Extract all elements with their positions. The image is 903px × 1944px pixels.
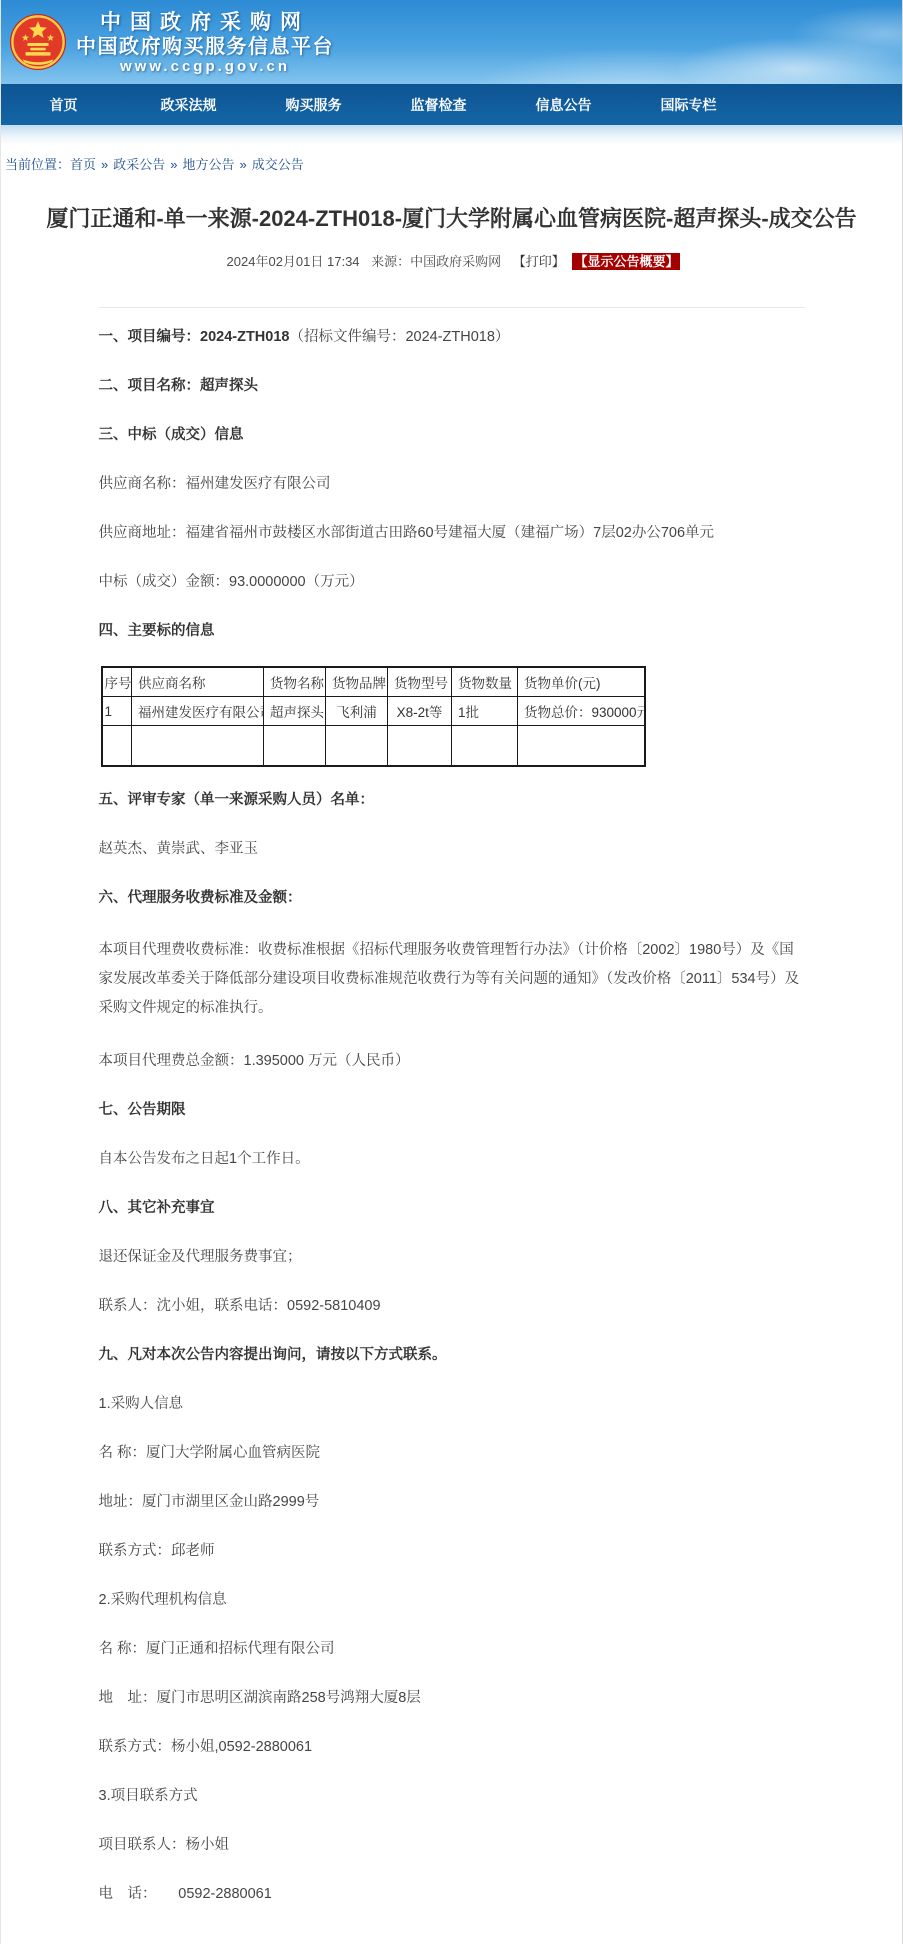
table-cell: 飞利浦 [326,697,388,726]
paragraph-bold-text: 五、评审专家（单一来源采购人员）名单： [99,792,375,808]
table-row [102,726,645,766]
table-header-cell: 货物数量 [452,667,518,697]
paragraph: 三、中标（成交）信息 [99,424,805,446]
paragraph: 地 址：厦门市思明区湖滨南路258号鸿翔大厦8层 [99,1687,805,1709]
breadcrumb-separator: » [240,157,247,172]
breadcrumb-separator: » [170,157,177,172]
paragraph: 1.采购人信息 [99,1393,805,1415]
paragraph: 退还保证金及代理服务费事宜； [99,1246,805,1268]
breadcrumb-link-procurement-notices[interactable]: 政采公告 [113,157,165,172]
main-nav-list: 首页 政采法规 购买服务 监督检查 信息公告 国际专栏 [1,84,902,125]
table-cell: X8-2t等 [388,697,452,726]
national-emblem-icon [9,13,67,71]
paragraph-text: 联系人：沈小姐，联系电话：0592-5810409 [99,1298,381,1314]
paragraph: 六、代理服务收费标准及金额： [99,887,805,909]
table-header-cell: 货物品牌 [326,667,388,697]
page-title: 厦门正通和-单一来源-2024-ZTH018-厦门大学附属心血管病医院-超声探头… [31,200,873,238]
table-header-row: 序号 供应商名称 货物名称 货物品牌 货物型号 货物数量 货物单价(元) [102,667,645,697]
site-url: www.ccgp.gov.cn [76,59,334,75]
page: 中国政府采购网 中国政府购买服务信息平台 www.ccgp.gov.cn 首页 … [0,0,903,1944]
nav-item-regulations[interactable]: 政采法规 [126,95,251,115]
paragraph: 名 称：厦门大学附属心血管病医院 [99,1442,805,1464]
paragraph-text: 中标（成交）金额：93.0000000（万元） [99,574,364,590]
paragraph-text: 自本公告发布之日起1个工作日。 [99,1151,310,1167]
paragraph-text: 3.项目联系方式 [99,1788,198,1804]
paragraph: 联系人：沈小姐，联系电话：0592-5810409 [99,1295,805,1317]
table-cell [132,726,264,766]
paragraph-text: 本项目代理费收费标准：收费标准根据《招标代理服务收费管理暂行办法》（计价格〔20… [99,942,800,1016]
paragraph: 八、其它补充事宜 [99,1197,805,1219]
paragraph: 中标（成交）金额：93.0000000（万元） [99,571,805,593]
article-meta: 2024年02月01日 17:34 来源：中国政府采购网 【打印】 【显示公告概… [1,251,902,270]
divider [99,307,805,308]
table-cell: 1 [102,697,132,726]
paragraph: 二、项目名称：超声探头 [99,375,805,397]
paragraph-text: 本项目代理费总金额：1.395000 万元（人民币） [99,1053,410,1069]
breadcrumb-label: 当前位置： [5,157,70,172]
table-header-cell: 货物型号 [388,667,452,697]
paragraph-text: 供应商地址：福建省福州市鼓楼区水部街道古田路60号建福大厦（建福广场）7层02办… [99,525,715,541]
announcement-body: 一、项目编号：2024-ZTH018（招标文件编号：2024-ZTH018） 二… [99,326,805,1905]
table-header-cell: 货物单价(元) [518,667,645,697]
masthead-text: 中国政府采购网 中国政府购买服务信息平台 www.ccgp.gov.cn [76,10,334,75]
paragraph: 五、评审专家（单一来源采购人员）名单： [99,789,805,811]
paragraph: 四、主要标的信息 [99,620,805,642]
meta-source: 来源：中国政府采购网 [371,254,501,269]
nav-item-supervision[interactable]: 监督检查 [376,95,501,115]
table-cell [388,726,452,766]
nav-item-purchase-services[interactable]: 购买服务 [251,95,376,115]
breadcrumb: 当前位置：首页»政采公告»地方公告»成交公告 [1,145,902,173]
paragraph-text: 名 称：厦门大学附属心血管病医院 [99,1445,321,1461]
paragraph-text: 地址：厦门市湖里区金山路2999号 [99,1494,320,1510]
paragraph-text: 电 话： 0592-2880061 [99,1886,272,1902]
paragraph: 名 称：厦门正通和招标代理有限公司 [99,1638,805,1660]
paragraph-text: 地 址：厦门市思明区湖滨南路258号鸿翔大厦8层 [99,1690,421,1706]
paragraph: 电 话： 0592-2880061 [99,1883,805,1905]
nav-item-home[interactable]: 首页 [1,95,126,115]
table-cell [452,726,518,766]
paragraph: 本项目代理费总金额：1.395000 万元（人民币） [99,1050,805,1072]
paragraph-bold-text: 一、项目编号：2024-ZTH018 [99,329,290,345]
nav-item-international[interactable]: 国际专栏 [626,95,751,115]
site-logo-link[interactable]: 中国政府采购网 中国政府购买服务信息平台 www.ccgp.gov.cn [9,10,334,75]
paragraph: 七、公告期限 [99,1099,805,1121]
breadcrumb-separator: » [101,157,108,172]
paragraph: 3.项目联系方式 [99,1785,805,1807]
paragraph: 本项目代理费收费标准：收费标准根据《招标代理服务收费管理暂行办法》（计价格〔20… [99,936,805,1023]
paragraph-bold-text: 三、中标（成交）信息 [99,427,244,443]
table-cell [102,726,132,766]
paragraph: 赵英杰、黄崇武、李亚玉 [99,838,805,860]
paragraph: 供应商地址：福建省福州市鼓楼区水部街道古田路60号建福大厦（建福广场）7层02办… [99,522,805,544]
table-row: 1 福州建发医疗有限公司 超声探头 飞利浦 X8-2t等 1批 货物总价：930… [102,697,645,726]
paragraph: 九、凡对本次公告内容提出询问，请按以下方式联系。 [99,1344,805,1366]
print-button[interactable]: 【打印】 [513,254,565,269]
paragraph: 联系方式：杨小姐,0592-2880061 [99,1736,805,1758]
paragraph-bold-text: 二、项目名称：超声探头 [99,378,259,394]
table-header-cell: 货物名称 [264,667,326,697]
breadcrumb-link-local-notices[interactable]: 地方公告 [183,157,235,172]
paragraph: 供应商名称：福州建发医疗有限公司 [99,473,805,495]
awarded-items-table: 序号 供应商名称 货物名称 货物品牌 货物型号 货物数量 货物单价(元) 1 福… [101,666,646,767]
paragraph-text: 退还保证金及代理服务费事宜； [99,1249,302,1265]
breadcrumb-link-home[interactable]: 首页 [70,157,96,172]
paragraph-text: 1.采购人信息 [99,1396,184,1412]
paragraph: 自本公告发布之日起1个工作日。 [99,1148,805,1170]
paragraph-text: 赵英杰、黄崇武、李亚玉 [99,841,259,857]
paragraph-text: 项目联系人：杨小姐 [99,1837,230,1853]
table-cell: 超声探头 [264,697,326,726]
paragraph: 一、项目编号：2024-ZTH018（招标文件编号：2024-ZTH018） [99,326,805,348]
paragraph-bold-text: 四、主要标的信息 [99,623,215,639]
nav-bottom-strip [1,125,902,145]
breadcrumb-link-award-notices[interactable]: 成交公告 [252,157,304,172]
paragraph-text: 联系方式：邱老师 [99,1543,215,1559]
show-summary-button[interactable]: 【显示公告概要】 [572,253,680,270]
paragraph-text: 供应商名称：福州建发医疗有限公司 [99,476,331,492]
table-cell [518,726,645,766]
nav-item-announcements[interactable]: 信息公告 [501,95,626,115]
paragraph: 地址：厦门市湖里区金山路2999号 [99,1491,805,1513]
paragraph: 2.采购代理机构信息 [99,1589,805,1611]
paragraph-bold-text: 八、其它补充事宜 [99,1200,215,1216]
site-header: 中国政府采购网 中国政府购买服务信息平台 www.ccgp.gov.cn [1,0,902,84]
paragraph-bold-text: 七、公告期限 [99,1102,186,1118]
paragraph: 联系方式：邱老师 [99,1540,805,1562]
table-cell: 1批 [452,697,518,726]
table-cell [326,726,388,766]
paragraph-text: 2.采购代理机构信息 [99,1592,227,1608]
meta-datetime: 2024年02月01日 17:34 [227,254,360,269]
paragraph-bold-text: 六、代理服务收费标准及金额： [99,890,302,906]
table-header-cell: 序号 [102,667,132,697]
paragraph: 项目联系人：杨小姐 [99,1834,805,1856]
main-nav: 首页 政采法规 购买服务 监督检查 信息公告 国际专栏 [1,84,902,125]
table-cell [264,726,326,766]
paragraph-text: （招标文件编号：2024-ZTH018） [289,329,509,345]
site-subtitle: 中国政府购买服务信息平台 [76,35,334,59]
paragraph-bold-text: 九、凡对本次公告内容提出询问，请按以下方式联系。 [99,1347,447,1363]
paragraph-text: 名 称：厦门正通和招标代理有限公司 [99,1641,335,1657]
paragraph-text: 联系方式：杨小姐,0592-2880061 [99,1739,313,1755]
site-title: 中国政府采购网 [76,10,334,35]
table-cell: 福州建发医疗有限公司 [132,697,264,726]
table-cell: 货物总价：930000元 [518,697,645,726]
table-header-cell: 供应商名称 [132,667,264,697]
